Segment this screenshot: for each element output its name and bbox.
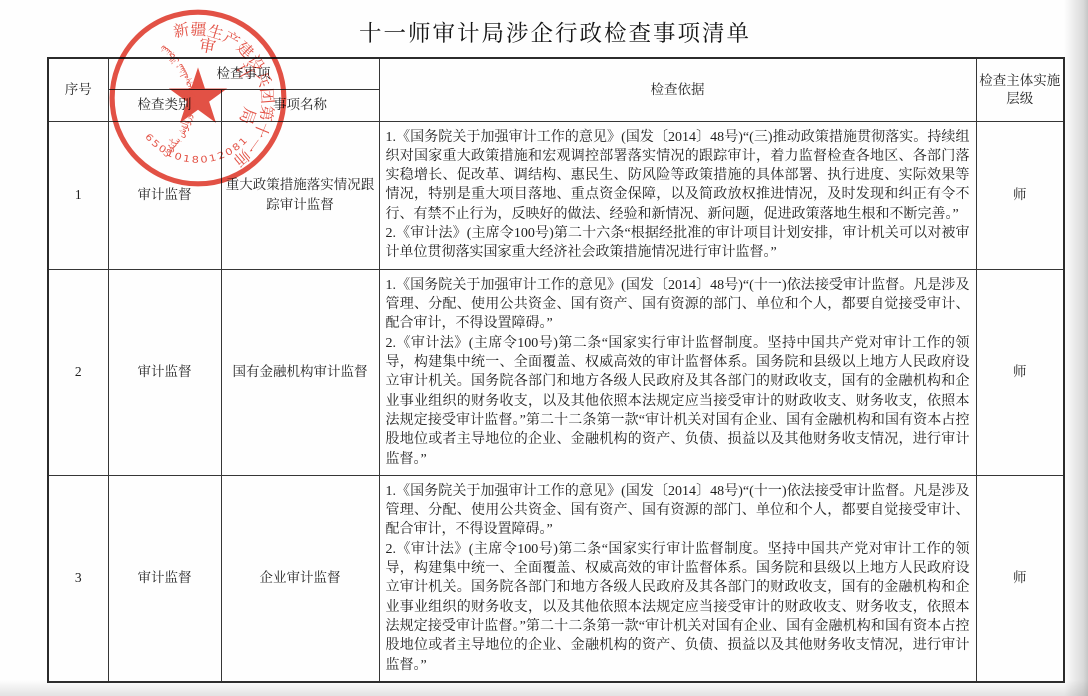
item-name-cell: 企业审计监督 xyxy=(221,475,379,682)
basis-cell: 1.《国务院关于加强审计工作的意见》(国发〔2014〕48号)“(十一)依法接受… xyxy=(379,475,976,682)
level-cell: 师 xyxy=(976,121,1064,269)
basis-cell: 1.《国务院关于加强审计工作的意见》(国发〔2014〕48号)“(三)推动政策措… xyxy=(379,121,976,269)
category-cell: 审计监督 xyxy=(108,269,221,475)
header-row-1: 序号 检查事项 检查依据 检查主体实施层级 xyxy=(48,58,1064,89)
row-index-cell: 2 xyxy=(48,269,108,475)
item-name-cell: 重大政策措施落实情况跟踪审计监督 xyxy=(221,121,379,269)
category-cell: 审计监督 xyxy=(108,121,221,269)
header-inspection-item-group: 检查事项 xyxy=(108,58,379,89)
row-index-cell: 1 xyxy=(48,121,108,269)
header-category: 检查类别 xyxy=(108,89,221,121)
scan-edge-shadow-right xyxy=(1064,0,1088,696)
table-row: 1 审计监督 重大政策措施落实情况跟踪审计监督 1.《国务院关于加强审计工作的意… xyxy=(48,121,1064,269)
level-cell: 师 xyxy=(976,269,1064,475)
basis-cell: 1.《国务院关于加强审计工作的意见》(国发〔2014〕48号)“(十一)依法接受… xyxy=(379,269,976,475)
table-row: 3 审计监督 企业审计监督 1.《国务院关于加强审计工作的意见》(国发〔2014… xyxy=(48,475,1064,682)
inspection-items-table: 序号 检查事项 检查依据 检查主体实施层级 检查类别 事项名称 1 审计监督 重… xyxy=(47,57,1065,683)
scanned-document: 十一师审计局涉企行政检查事项清单 序号 检查事项 检查依据 检查主体实施层级 检… xyxy=(0,0,1088,696)
header-index: 序号 xyxy=(48,58,108,121)
row-index-cell: 3 xyxy=(48,475,108,682)
header-item-name: 事项名称 xyxy=(221,89,379,121)
page-title: 十一师审计局涉企行政检查事项清单 xyxy=(47,16,1063,48)
level-cell: 师 xyxy=(976,475,1064,682)
header-basis: 检查依据 xyxy=(379,58,976,121)
category-cell: 审计监督 xyxy=(108,475,221,682)
table-row: 2 审计监督 国有金融机构审计监督 1.《国务院关于加强审计工作的意见》(国发〔… xyxy=(48,269,1064,475)
item-name-cell: 国有金融机构审计监督 xyxy=(221,269,379,475)
header-level: 检查主体实施层级 xyxy=(976,58,1064,121)
